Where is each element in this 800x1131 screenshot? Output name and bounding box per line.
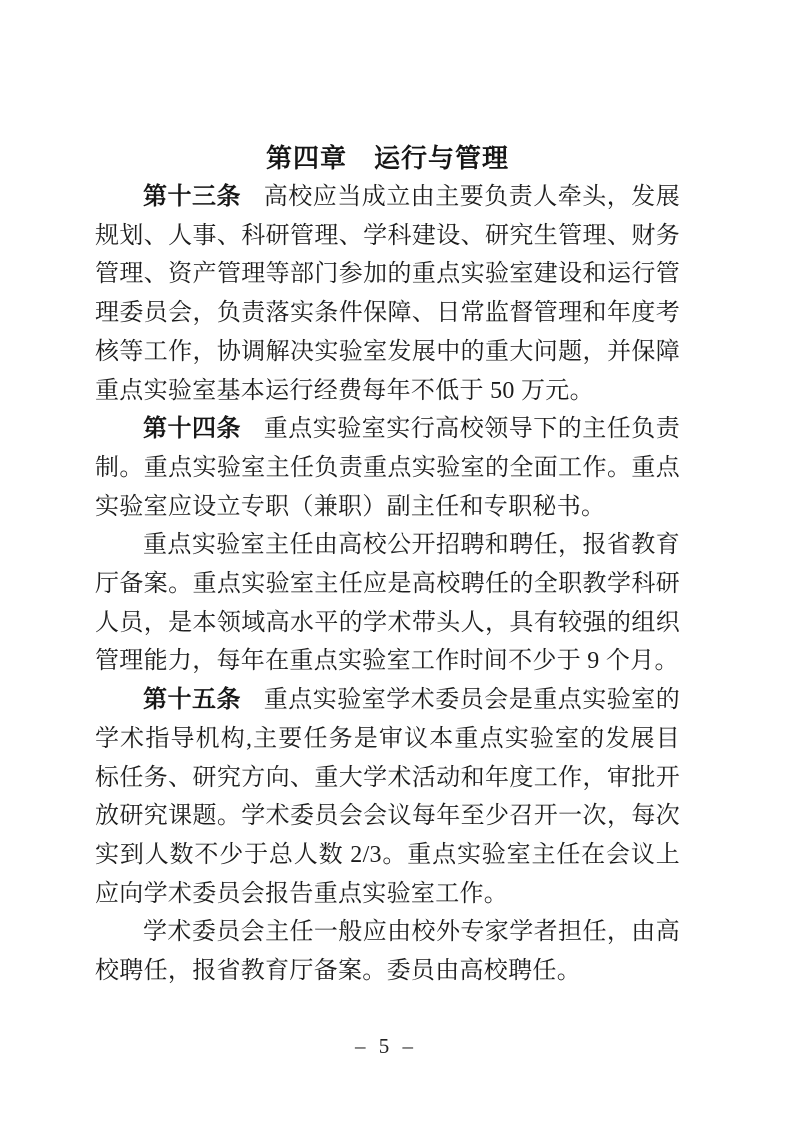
paragraph-text: 重点实验室主任由高校公开招聘和聘任，报省教育厅备案。重点实验室主任应是高校聘任的… (95, 532, 680, 674)
page-number: – 5 – (0, 1034, 772, 1059)
paragraph-director-appointment: 重点实验室主任由高校公开招聘和聘任，报省教育厅备案。重点实验室主任应是高校聘任的… (95, 526, 680, 681)
paragraph-article-13: 第十三条高校应当成立由主要负责人牵头，发展规划、人事、科研管理、学科建设、研究生… (95, 178, 680, 410)
document-page: 第四章 运行与管理 第十三条高校应当成立由主要负责人牵头，发展规划、人事、科研管… (0, 0, 800, 1131)
document-body: 第四章 运行与管理 第十三条高校应当成立由主要负责人牵头，发展规划、人事、科研管… (95, 138, 680, 991)
paragraph-text: 学术委员会主任一般应由校外专家学者担任，由高校聘任，报省教育厅备案。委员由高校聘… (95, 919, 680, 984)
chapter-heading: 第四章 运行与管理 (95, 138, 680, 178)
article-number: 第十三条 (143, 183, 241, 210)
paragraph-academic-committee-chair: 学术委员会主任一般应由校外专家学者担任，由高校聘任，报省教育厅备案。委员由高校聘… (95, 913, 680, 990)
article-number: 第十五条 (143, 686, 241, 713)
article-number: 第十四条 (143, 415, 241, 442)
paragraph-text: 重点实验室学术委员会是重点实验室的学术指导机构,主要任务是审议本重点实验室的发展… (95, 687, 680, 907)
paragraph-article-14: 第十四条重点实验室实行高校领导下的主任负责制。重点实验室主任负责重点实验室的全面… (95, 410, 680, 526)
paragraph-article-15: 第十五条重点实验室学术委员会是重点实验室的学术指导机构,主要任务是审议本重点实验… (95, 681, 680, 913)
paragraph-text: 高校应当成立由主要负责人牵头，发展规划、人事、科研管理、学科建设、研究生管理、财… (95, 184, 680, 404)
